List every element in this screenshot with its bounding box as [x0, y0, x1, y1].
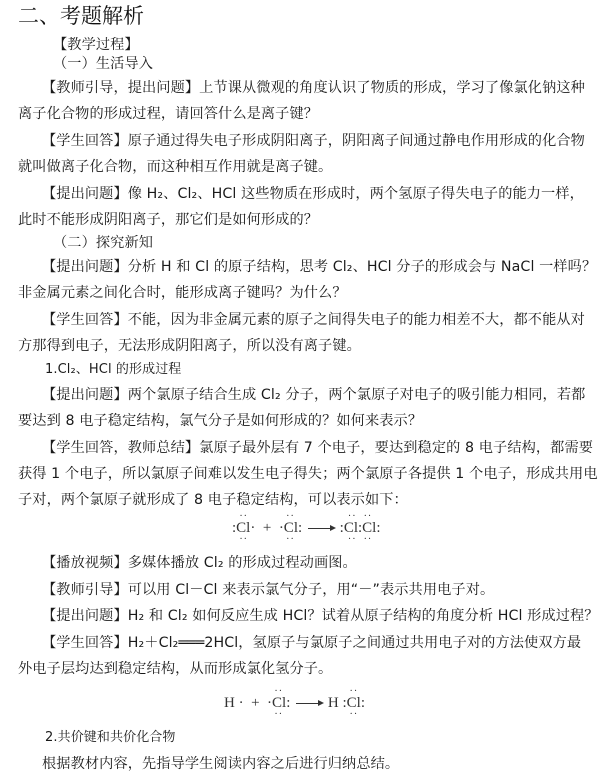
paragraph-line: 【提出问题】像 H₂、Cl₂、HCl 这些物质在形成时，两个氢原子得失电子的能力…: [42, 184, 584, 204]
paragraph-line: 外电子层均达到稳定结构，从而形成氯化氢分子。: [18, 659, 332, 679]
paragraph-line: 【提出问题】H₂ 和 Cl₂ 如何反应生成 HCl？试着从原子结构的角度分析 H…: [42, 606, 599, 626]
section-heading: 二、考题解析: [18, 2, 144, 30]
cl2-electron-dot-formula: ··:Cl··· + ···Cl:·· ·· ··:Cl:Cl:·· ··: [232, 520, 381, 537]
hcl-molecule: ··H :Cl:··: [328, 695, 365, 712]
paragraph-line: 要达到 8 电子稳定结构，氯气分子是如何形成的？如何来表示？: [18, 411, 422, 431]
arrow-icon: [308, 528, 334, 529]
numbered-heading: 1.Cl₂、HCl 的形成过程: [45, 360, 181, 380]
hydrogen-atom: H ·: [224, 695, 244, 711]
paragraph-line: 【学生回答】原子通过得失电子形成阴阳离子，阴阳离子间通过静电作用形成的化合物: [42, 131, 585, 151]
paragraph-line: 【学生回答，教师总结】氯原子最外层有 7 个电子，要达到稳定的 8 电子结构，都…: [42, 438, 593, 458]
cl2-molecule: ·· ··:Cl:Cl:·· ··: [340, 520, 381, 537]
paragraph-line: 此时不能形成阴阳离子，那它们是如何形成的？: [18, 210, 318, 230]
paragraph-line: 【学生回答】不能，因为非金属元素的原子之间得失电子的能力相差不大，都不能从对: [42, 310, 585, 330]
paragraph-line: 【教师引导，提出问题】上节课从微观的角度认识了物质的形成，学习了像氯化钠这种: [42, 78, 585, 98]
paragraph-line: 根据教材内容，先指导学生阅读内容之后进行归纳总结。: [42, 754, 399, 774]
paragraph-line: 子对，两个氯原子就形成了 8 电子稳定结构，可以表示如下：: [18, 490, 408, 510]
paragraph-line: 方那得到电子，无法形成阴阳离子，所以没有离子键。: [18, 336, 361, 356]
subsection-explore: （二）探究新知: [53, 233, 153, 253]
plus-sign: +: [259, 520, 275, 536]
paragraph-line: 【播放视频】多媒体播放 Cl₂ 的形成过程动画图。: [42, 553, 357, 573]
paragraph-line: 【提出问题】两个氯原子结合生成 Cl₂ 分子，两个氯原子对电子的吸引能力相同，若…: [42, 385, 585, 405]
arrow-icon: [296, 703, 322, 704]
paragraph-line: 【教师引导】可以用 Cl－Cl 来表示氯气分子，用“－”表示共用电子对。: [42, 580, 494, 600]
paragraph-line: 【学生回答】H₂＋Cl₂═══2HCl，氢原子与氯原子之间通过共用电子对的方法使…: [42, 633, 581, 653]
section-label-teaching-process: 【教学过程】: [53, 35, 139, 55]
plus-sign: +: [247, 695, 263, 711]
paragraph-line: 【提出问题】分析 H 和 Cl 的原子结构，思考 Cl₂、HCl 分子的形成会与…: [42, 257, 596, 277]
paragraph-line: 离子化合物的形成过程，请回答什么是离子键？: [18, 104, 318, 124]
subsection-life-intro: （一）生活导入: [53, 54, 153, 74]
paragraph-line: 就叫做离子化合物，而这种相互作用就是离子键。: [18, 157, 332, 177]
numbered-heading: 2.共价键和共价化合物: [45, 728, 176, 748]
hcl-electron-dot-formula: H · + ···Cl:·· ··H :Cl:··: [224, 695, 365, 712]
paragraph-line: 获得 1 个电子，所以氯原子间难以发生电子得失；两个氯原子各提供 1 个电子，形…: [18, 464, 598, 484]
paragraph-line: 非金属元素之间化合时，能形成离子键吗？为什么？: [18, 283, 347, 303]
chlorine-atom: ···Cl:··: [279, 520, 302, 537]
chlorine-atom: ··:Cl···: [232, 520, 255, 537]
chlorine-atom: ···Cl:··: [267, 695, 290, 712]
